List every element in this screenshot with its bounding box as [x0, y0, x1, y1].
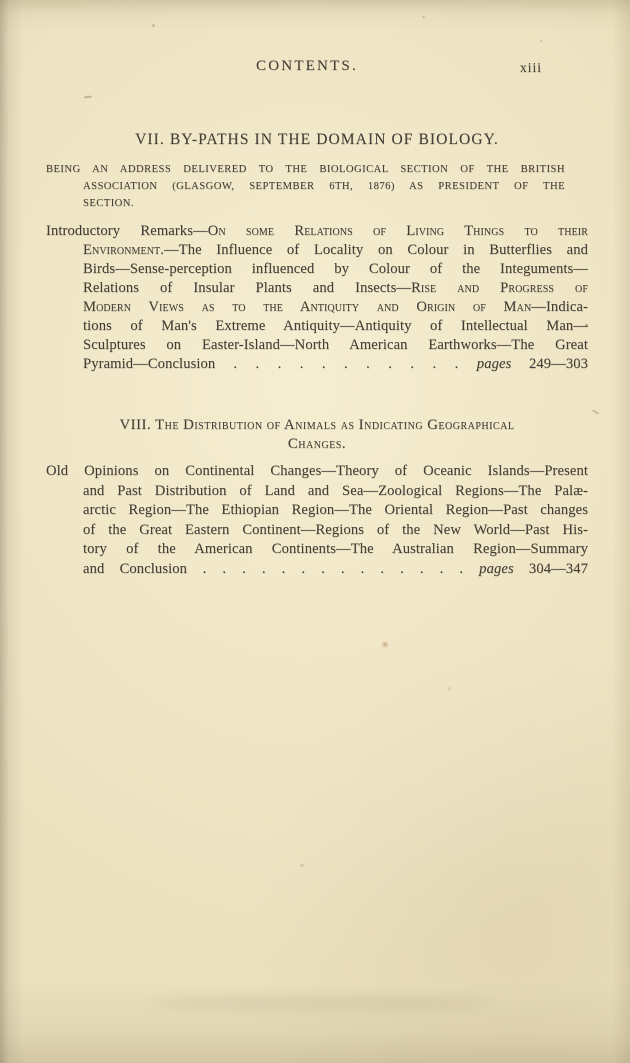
text-line: tory of the American Continents—The Aust…: [46, 540, 588, 560]
section-viii-heading: VIII. The Distribution of Animals as Ind…: [46, 416, 588, 454]
text-run: of the Great Eastern Continent—Regions o…: [83, 522, 588, 538]
section-vii-subtitle: BEING AN ADDRESS DELIVERED TO THE BIOLOG…: [46, 161, 565, 212]
smallcaps-text: Rise and Progress of: [411, 280, 588, 296]
text-run: Relations of Insular Plants and Insects—: [83, 280, 411, 296]
italic-text: pages: [477, 356, 529, 372]
text-line: Pyramid—Conclusion . . . . . . . . . . .…: [46, 355, 588, 374]
dot-leader: . . . . . . . . . . . . . .: [187, 561, 479, 577]
text-line: BEING AN ADDRESS DELIVERED TO THE BIOLOG…: [46, 161, 565, 178]
text-line: Introductory Remarks—On some Relations o…: [46, 222, 588, 241]
smallcaps-text: Environment.: [83, 242, 164, 258]
text-line: of the Great Eastern Continent—Regions o…: [46, 521, 588, 541]
text-line: Relations of Insular Plants and Insects—…: [46, 279, 588, 298]
text-run: ASSOCIATION (GLASGOW, SEPTEMBER 6TH, 187…: [83, 181, 565, 192]
text-line: Sculptures on Easter-Island—North Americ…: [46, 336, 588, 355]
text-run: BEING AN ADDRESS DELIVERED TO THE BIOLOG…: [46, 164, 565, 175]
text-line: Old Opinions on Continental Changes—Theo…: [46, 462, 588, 482]
text-run: 304—347: [529, 561, 588, 577]
text-run: 249—303: [529, 356, 588, 372]
smallcaps-text: VIII. The Distribution of Animals as Ind…: [119, 417, 514, 433]
smallcaps-text: On some Relations of Living Things to th…: [208, 223, 588, 239]
paper-smudge: [150, 996, 490, 1010]
text-line: Birds—Sense-perception influenced by Col…: [46, 260, 588, 279]
paper-speck: [84, 95, 92, 98]
text-line: Environment.—The Influence of Locality o…: [46, 241, 588, 260]
page-number: xiii: [520, 60, 542, 76]
paper-speck: [540, 40, 542, 42]
text-run: arctic Region—The Ethiopian Region—The O…: [83, 502, 588, 518]
smallcaps-text: Changes.: [288, 436, 346, 452]
text-line: VIII. The Distribution of Animals as Ind…: [46, 416, 588, 435]
paper-speck: [300, 864, 304, 867]
text-run: and Past Distribution of Land and Sea—Zo…: [83, 483, 588, 499]
text-run: tory of the American Continents—The Aust…: [83, 541, 588, 557]
paper-speck: [592, 409, 599, 414]
text-line: Changes.: [46, 435, 588, 454]
section-vii-toc-paragraph: Introductory Remarks—On some Relations o…: [46, 222, 588, 374]
text-line: and Past Distribution of Land and Sea—Zo…: [46, 482, 588, 502]
paper-speck: [422, 16, 425, 18]
text-run: and Conclusion: [83, 561, 187, 577]
text-line: Modern Views as to the Antiquity and Ori…: [46, 298, 588, 317]
text-run: Introductory Remarks—: [46, 223, 208, 239]
section-vii-heading: VII. BY-PATHS IN THE DOMAIN OF BIOLOGY.: [46, 131, 588, 149]
smallcaps-text: Modern Views as to the Antiquity and Ori…: [83, 299, 531, 315]
text-line: ASSOCIATION (GLASGOW, SEPTEMBER 6TH, 187…: [46, 178, 565, 195]
text-run: SECTION.: [83, 198, 134, 209]
scanned-book-page: CONTENTS. xiii VII. BY-PATHS IN THE DOMA…: [0, 0, 630, 1063]
section-viii-toc-paragraph: Old Opinions on Continental Changes—Theo…: [46, 462, 588, 579]
text-run: Sculptures on Easter-Island—North Americ…: [83, 337, 588, 353]
text-run: Birds—Sense-perception influenced by Col…: [83, 261, 588, 277]
text-line: arctic Region—The Ethiopian Region—The O…: [46, 501, 588, 521]
text-run: tions of Man's Extreme Antiquity—Antiqui…: [83, 318, 588, 334]
foxing-spot: [447, 686, 452, 691]
text-run: —The Influence of Locality on Colour in …: [164, 242, 588, 258]
text-run: Pyramid—Conclusion: [83, 356, 215, 372]
text-line: and Conclusion . . . . . . . . . . . . .…: [46, 560, 588, 580]
text-run: —Indica-: [531, 299, 588, 315]
dot-leader: . . . . . . . . . . .: [215, 356, 476, 372]
italic-text: pages: [479, 561, 529, 577]
text-line: tions of Man's Extreme Antiquity—Antiqui…: [46, 317, 588, 336]
text-run: Old Opinions on Continental Changes—Theo…: [46, 463, 588, 479]
text-line: SECTION.: [46, 195, 565, 212]
paper-speck: [152, 24, 155, 27]
foxing-spot: [381, 641, 389, 648]
